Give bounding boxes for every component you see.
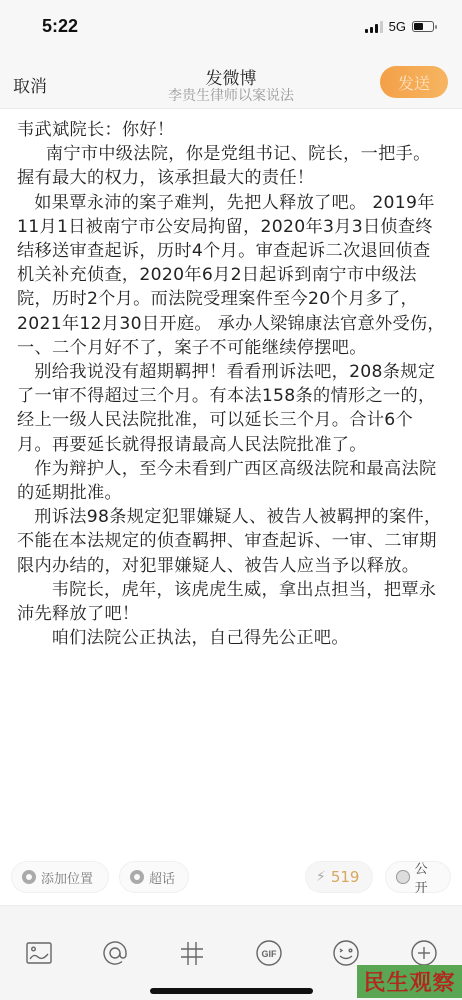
emoji-icon[interactable]	[331, 938, 361, 968]
mention-icon[interactable]	[100, 938, 130, 968]
add-location-button[interactable]: 添加位置	[12, 862, 108, 892]
lightning-icon: ⚡	[316, 869, 326, 885]
post-paragraph: 别给我说没有超期羁押！看看刑诉法吧，208条规定了一审不得超过三个月。有本法15…	[17, 360, 447, 457]
post-paragraph: 刑诉法98条规定犯罪嫌疑人、被告人被羁押的案件，不能在本法规定的侦查羁押、审查起…	[17, 505, 447, 578]
post-paragraph: 如果覃永沛的案子难判，先把人释放了吧。 2019年11月1日被南宁市公安局拘留，…	[17, 191, 447, 360]
visibility-label: 公开	[415, 858, 440, 896]
char-count-badge: ⚡ 519	[306, 862, 372, 892]
status-bar: 5:22 5G	[0, 0, 462, 60]
location-pin-icon	[22, 870, 36, 884]
hashtag-icon[interactable]	[177, 938, 207, 968]
post-paragraph: 韦武斌院长：你好！	[17, 118, 447, 142]
super-topic-label: 超话	[149, 868, 175, 887]
home-indicator	[150, 988, 313, 994]
post-paragraph: 咱们法院公正执法，自己得先公正吧。	[17, 626, 447, 650]
send-button[interactable]: 发送	[380, 66, 448, 98]
status-time: 5:22	[42, 16, 78, 37]
post-paragraph: 南宁市中级法院，你是党组书记、院长，一把手。握有最大的权力，该承担最大的责任！	[17, 142, 447, 190]
super-topic-button[interactable]: 超话	[120, 862, 188, 892]
diamond-icon	[130, 870, 144, 884]
more-plus-icon[interactable]	[409, 938, 439, 968]
add-location-label: 添加位置	[41, 868, 93, 887]
post-meta-bar: 添加位置 超话 ⚡ 519 公开	[0, 860, 462, 900]
image-icon[interactable]	[24, 938, 54, 968]
globe-icon	[396, 870, 410, 884]
network-type: 5G	[389, 19, 406, 34]
visibility-button[interactable]: 公开	[386, 862, 450, 892]
post-paragraph: 作为辩护人，至今未看到广西区高级法院和最高法院的延期批准。	[17, 457, 447, 505]
battery-icon	[412, 21, 434, 32]
char-count: 519	[331, 868, 360, 886]
gif-icon[interactable]: GIF	[254, 938, 284, 968]
post-paragraph: 韦院长，虎年，该虎虎生威，拿出点担当，把覃永沛先释放了吧！	[17, 578, 447, 626]
signal-icon	[365, 21, 383, 33]
post-text-editor[interactable]: 韦武斌院长：你好！ 南宁市中级法院，你是党组书记、院长，一把手。握有最大的权力，…	[17, 118, 447, 650]
svg-text:GIF: GIF	[262, 949, 278, 959]
watermark: 民生观察	[357, 965, 462, 998]
nav-bar: 取消 发微博 李贵生律师以案说法 发送	[0, 60, 462, 109]
status-indicators: 5G	[365, 19, 434, 34]
